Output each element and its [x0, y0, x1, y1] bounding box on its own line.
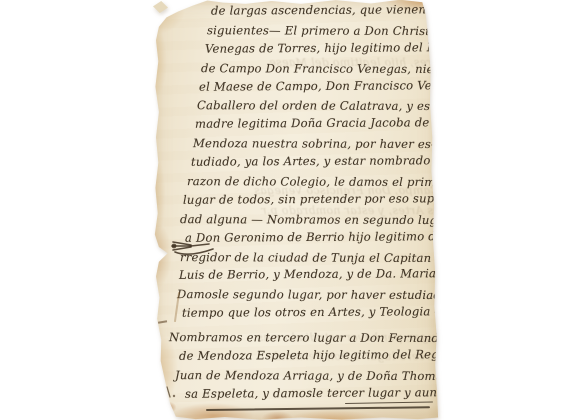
manuscript-line: Venegas de Torres, hijo legitimo del Mae…: [149, 38, 435, 59]
manuscript-line: tiempo que los otros en Artes, y Teologi…: [149, 303, 435, 324]
manuscript-line: lugar de todos, sin pretender por eso su…: [149, 189, 435, 210]
torn-paper-fragment: [153, 1, 168, 13]
manuscript-line: tudiado, ya los Artes, y estar nombrado …: [149, 151, 435, 172]
manuscript-line: Luis de Berrio, y Mendoza, y de Da. Mari…: [149, 265, 435, 286]
manuscript-photo: Venegas de Torres, hijo legitimo del Mae…: [0, 0, 580, 420]
manuscript-text: de largas ascendencias, que vienen a ser…: [149, 2, 435, 404]
manuscript-line: de largas ascendencias, que vienen a ser…: [149, 0, 435, 21]
manuscript-line: madre legitima Doña Gracia Jacoba de: [149, 114, 435, 135]
paper-shadow-wrap: Venegas de Torres, hijo legitimo del Mae…: [0, 0, 580, 420]
manuscript-page: Venegas de Torres, hijo legitimo del Mae…: [149, 0, 441, 420]
ink-underline: [206, 406, 430, 410]
ink-margin-tick-icon: [164, 384, 178, 400]
manuscript-line: el Maese de Campo, Don Francisco Venegas: [149, 76, 435, 97]
ink-arrow-flourish-icon: [169, 236, 217, 258]
manuscript-line: de Mendoza Espeleta hijo legitimo del Re…: [149, 345, 435, 366]
manuscript-line: sa Espeleta, y damosle tercer lugar y au…: [149, 383, 435, 404]
